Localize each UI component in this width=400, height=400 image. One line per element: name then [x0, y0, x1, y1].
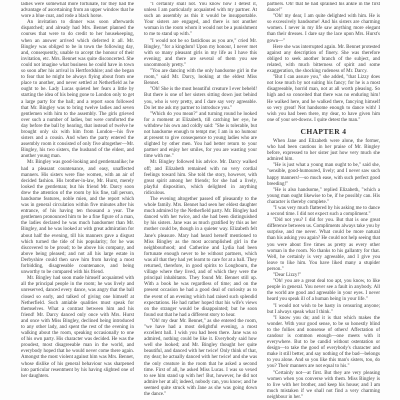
book-page: ladies were somewhat more fortunate, for… — [0, 0, 400, 400]
paragraph: "Oh! She is the most beautiful creature … — [144, 87, 257, 111]
chapter-heading: CHAPTER 4 — [267, 129, 380, 135]
paragraph: "I was very much flattered by his asking… — [267, 206, 380, 218]
paragraph: An invitation to dinner was soon afterwa… — [21, 20, 134, 160]
paragraph: "I would not wish to be hasty in censuri… — [267, 304, 380, 316]
paragraph: Here she was interrupted again. Mr. Benn… — [267, 45, 380, 75]
paragraph: "He is just what a young man ought to be… — [267, 163, 380, 187]
text-column-middle: "I certainly shall not. You know how I d… — [144, 2, 257, 400]
paragraph: "He is also handsome," replied Elizabeth… — [267, 188, 380, 206]
paragraph: "I certainly shall not. You know how I d… — [144, 2, 257, 39]
paragraph: Mr. Bingley followed his advice. Mr. Dar… — [144, 160, 257, 197]
paragraph: The evening altogether passed off pleasa… — [144, 197, 257, 319]
paragraph: "Oh! you are a great deal too apt, you k… — [267, 279, 380, 303]
text-column-right: partners. Oh! that he had sprained his a… — [267, 2, 380, 400]
paragraph: When Jane and Elizabeth were alone, the … — [267, 139, 380, 163]
paragraph: "I would not be so fastidious as you are… — [144, 39, 257, 69]
paragraph: "Oh! my dear Mr. Bennet," as she entered… — [144, 319, 257, 398]
paragraph: ladies were somewhat more fortunate, for… — [21, 2, 134, 20]
paragraph: "Which do you mean?" and turning round h… — [144, 112, 257, 161]
paragraph: Mr. Bingley had soon made himself acquai… — [21, 276, 134, 380]
paragraph: "Certainly not—at first. But they are ve… — [267, 371, 380, 400]
paragraph: Mr. Bingley was good-looking and gentlem… — [21, 160, 134, 276]
paragraph: "But I can assure you," she added, "that… — [267, 75, 380, 124]
paragraph: "Oh! my dear, I am quite delighted with … — [267, 14, 380, 44]
paragraph: "I know you do; and it is that which mak… — [267, 316, 380, 371]
paragraph: "Did not you? I did for you. But that is… — [267, 218, 380, 273]
paragraph: partners. Oh! that he had sprained his a… — [267, 2, 380, 14]
text-column-left: ladies were somewhat more fortunate, for… — [21, 2, 134, 400]
paragraph: "You are dancing with the only handsome … — [144, 69, 257, 87]
